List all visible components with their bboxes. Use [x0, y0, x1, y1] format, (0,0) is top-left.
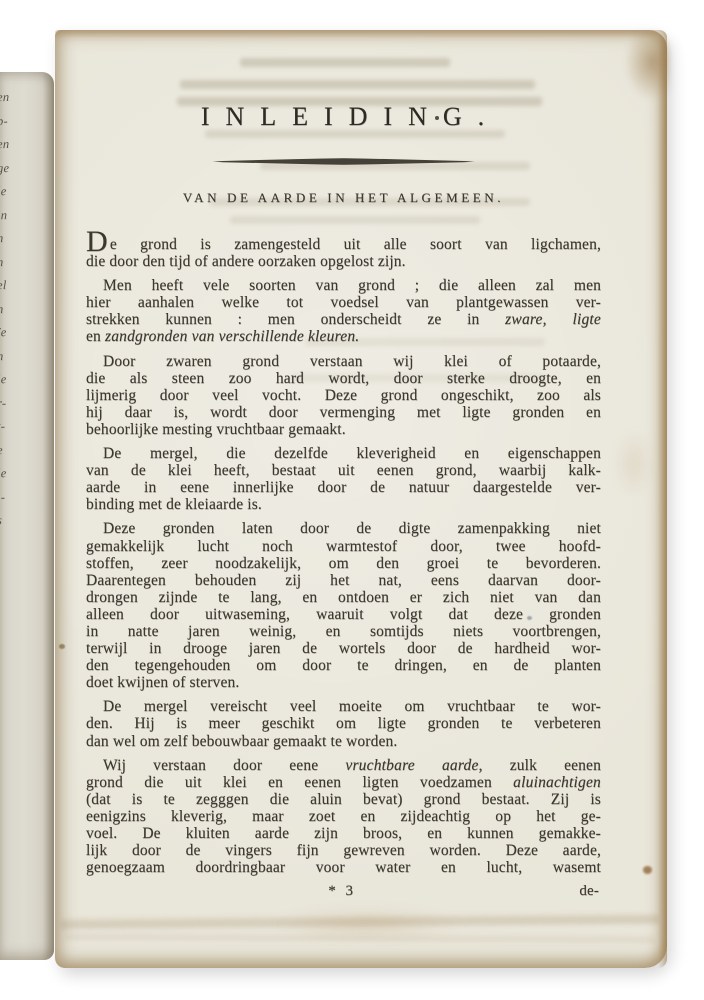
page-body: De grond is zamengesteld uit alle soort …	[86, 236, 601, 901]
text-line: Door zwaren grond verstaan wij klei of p…	[86, 353, 601, 370]
text-line: stoffen, zeer noodzakelijk, om den groei…	[86, 555, 601, 572]
text-run: behoorlijke mesting vruchtbaar gemaakt.	[86, 421, 346, 438]
text-line: den. Hij is meer geschikt om ligte grond…	[86, 715, 601, 732]
cutoff-word-fragment: n	[0, 344, 29, 368]
text-run: Men heeft vele soorten van grond ; die a…	[103, 277, 601, 294]
stain	[607, 416, 661, 512]
text-run: , zulk eenen	[479, 757, 601, 774]
text-run: genoegzaam doordringbaar voor water en l…	[86, 859, 601, 876]
paragraph: De grond is zamengesteld uit alle soort …	[86, 236, 601, 270]
text-run: die door den tijd of andere oorzaken opg…	[86, 253, 406, 270]
text-run: lijk door de vingers fijn gewreven worde…	[86, 842, 601, 859]
ink-dot	[435, 116, 439, 120]
text-line: in natte jaren weinig, en somtijds niets…	[86, 623, 601, 640]
text-run: in natte jaren weinig, en somtijds niets…	[86, 623, 601, 640]
text-line: De mergel vereischt veel moeite om vruch…	[86, 698, 601, 715]
italic-text: vruchtbare aarde	[345, 757, 478, 774]
foxing-spot	[59, 644, 65, 649]
text-line: De grond is zamengesteld uit alle soort …	[86, 236, 601, 253]
text-run: De mergel vereischt veel moeite om vruch…	[103, 698, 601, 715]
text-run: gemakkelijk lucht noch warmtestof door, …	[86, 538, 601, 555]
text-line: genoegzaam doordringbaar voor water en l…	[86, 859, 601, 876]
text-run: Wij verstaan door eene	[103, 757, 345, 774]
page-top-edge	[55, 30, 667, 38]
text-run: stoffen, zeer noodzakelijk, om den groei…	[86, 555, 601, 572]
text-run: e grond is zamengesteld uit alle soort v…	[110, 236, 601, 253]
previous-page-text-fragments: enp-engeleinnnelnïenler-t-elei-s,	[0, 86, 29, 556]
cutoff-word-fragment: le	[0, 462, 29, 486]
text-run: hier aanhalen welke tot voedsel van plan…	[86, 294, 601, 311]
text-line: behoorlijke mesting vruchtbaar gemaakt.	[86, 421, 601, 438]
catchword: de-	[579, 883, 599, 900]
text-line: strekken kunnen : men onderscheidt ze in…	[86, 311, 601, 328]
text-run: strekken kunnen : men onderscheidt ze in	[86, 311, 505, 328]
photo-background: enp-engeleinnnelnïenler-t-elei-s, INLEID…	[0, 0, 704, 1000]
text-run: Deze gronden laten door de digte zamenpa…	[103, 520, 601, 537]
cutoff-word-fragment: ,	[0, 532, 29, 556]
paragraph: Door zwaren grond verstaan wij klei of p…	[86, 353, 601, 438]
cutoff-word-fragment: in	[0, 203, 29, 227]
text-run: binding met de kleiaarde is.	[86, 496, 262, 513]
italic-text: zware, ligte	[505, 311, 601, 328]
text-line: Wij verstaan door eene vruchtbare aarde,…	[86, 757, 601, 774]
text-run: doet kwijnen of sterven.	[86, 674, 239, 691]
text-line: lijk door de vingers fijn gewreven worde…	[86, 842, 601, 859]
text-line: dan wel om zelf bebouwbaar gemaakt te wo…	[86, 733, 601, 750]
text-run: den. Hij is meer geschikt om ligte grond…	[86, 715, 601, 732]
paragraph: De mergel vereischt veel moeite om vruch…	[86, 698, 601, 749]
foxing-spot	[643, 866, 652, 874]
cutoff-word-fragment: le	[0, 180, 29, 204]
text-line: aarde in eene innerlijke door de natuur …	[86, 479, 601, 496]
text-line: die door den tijd of andere oorzaken opg…	[86, 253, 601, 270]
swelled-rule-ornament	[213, 158, 475, 165]
text-run: voel. De kluiten aarde zijn broos, en ku…	[86, 825, 601, 842]
text-line: en zandgronden van verschillende kleuren…	[86, 328, 601, 345]
text-run: Door zwaren grond verstaan wij klei of p…	[103, 353, 601, 370]
paragraph: Wij verstaan door eene vruchtbare aarde,…	[86, 757, 601, 877]
text-line: Daarentegen behouden zij het nat, eens d…	[86, 572, 601, 589]
text-run: eenigzins kleverig, maar zoet en zijdeac…	[86, 808, 601, 825]
cutoff-word-fragment: s	[0, 509, 29, 533]
cutoff-word-fragment: i-	[0, 485, 29, 509]
text-line: eenigzins kleverig, maar zoet en zijdeac…	[86, 808, 601, 825]
text-line: van de klei heeft, bestaat uit eenen gro…	[86, 462, 601, 479]
cutoff-word-fragment: t-	[0, 415, 29, 439]
text-run: hij daar is, wordt door vermenging met l…	[86, 404, 601, 421]
text-line: (dat is te zegggen die aluin bevat) gron…	[86, 791, 601, 808]
page-title: INLEIDING.	[86, 102, 601, 132]
text-run: terwijl in drooge jaren de wortels door …	[86, 640, 601, 657]
text-line: terwijl in drooge jaren de wortels door …	[86, 640, 601, 657]
text-run: drongen zijnde te lang, en ontdoen er zi…	[86, 589, 601, 606]
text-run: Daarentegen behouden zij het nat, eens d…	[86, 572, 601, 589]
italic-text: zandgronden van verschillende kleuren.	[105, 328, 359, 345]
text-line: drongen zijnde te lang, en ontdoen er zi…	[86, 589, 601, 606]
paragraph: Men heeft vele soorten van grond ; die a…	[86, 277, 601, 345]
corner-damage	[603, 32, 669, 132]
cutoff-word-fragment: n	[0, 250, 29, 274]
text-run: De mergel, die dezelfde kleverigheid en …	[103, 445, 601, 462]
show-through-ghost	[230, 216, 480, 224]
text-run: alleen door uitwaseming, waaruit volgt d…	[86, 606, 601, 623]
text-line: De mergel, die dezelfde kleverigheid en …	[86, 445, 601, 462]
text-line: lijmerig door veel vocht. Deze grond ong…	[86, 387, 601, 404]
paragraph: Deze gronden laten door de digte zamenpa…	[86, 520, 601, 691]
text-line: gemakkelijk lucht noch warmtestof door, …	[86, 538, 601, 555]
cutoff-word-fragment: ge	[0, 156, 29, 180]
text-run: den tegengehouden om door te dringen, en…	[86, 657, 601, 674]
text-run: (dat is te zegggen die aluin bevat) gron…	[86, 791, 601, 808]
section-heading: VAN DE AARDE IN HET ALGEMEEN.	[86, 190, 601, 206]
page-footer: * 3de-	[86, 883, 601, 901]
text-line: hij daar is, wordt door vermenging met l…	[86, 404, 601, 421]
cutoff-word-fragment: en	[0, 133, 29, 157]
text-line: Men heeft vele soorten van grond ; die a…	[86, 277, 601, 294]
text-line: die als steen zoo hard wordt, door sterk…	[86, 370, 601, 387]
cutoff-word-fragment: le	[0, 368, 29, 392]
text-line: grond die uit klei en eenen ligten voedz…	[86, 774, 601, 791]
text-line: hier aanhalen welke tot voedsel van plan…	[86, 294, 601, 311]
cutoff-word-fragment: n	[0, 227, 29, 251]
text-run: grond die uit klei en eenen ligten voedz…	[86, 774, 513, 791]
cutoff-word-fragment: el	[0, 274, 29, 298]
paragraph: De mergel, die dezelfde kleverigheid en …	[86, 445, 601, 513]
cutoff-word-fragment: p-	[0, 109, 29, 133]
text-line: den tegengehouden om door te dringen, en…	[86, 657, 601, 674]
ornament-row	[86, 158, 601, 165]
signature-mark: * 3	[328, 883, 356, 900]
cutoff-word-fragment: ïe	[0, 321, 29, 345]
text-run: dan wel om zelf bebouwbaar gemaakt te wo…	[86, 733, 397, 750]
cutoff-word-fragment: e	[0, 438, 29, 462]
text-line: alleen door uitwaseming, waaruit volgt d…	[86, 606, 601, 623]
text-line: doet kwijnen of sterven.	[86, 674, 601, 691]
book-page: INLEIDING. VAN DE AARDE IN HET ALGEMEEN.…	[55, 30, 667, 968]
cutoff-word-fragment: n	[0, 297, 29, 321]
text-run: die als steen zoo hard wordt, door sterk…	[86, 370, 601, 387]
italic-text: aluinachtigen	[513, 774, 601, 791]
text-run: aarde in eene innerlijke door de natuur …	[86, 479, 601, 496]
text-line: voel. De kluiten aarde zijn broos, en ku…	[86, 825, 601, 842]
stain	[235, 902, 495, 946]
previous-page-edge: enp-engeleinnnelnïenler-t-elei-s,	[0, 72, 54, 960]
text-line: Deze gronden laten door de digte zamenpa…	[86, 520, 601, 537]
text-run: van de klei heeft, bestaat uit eenen gro…	[86, 462, 601, 479]
text-run: lijmerig door veel vocht. Deze grond ong…	[86, 387, 601, 404]
text-line: binding met de kleiaarde is.	[86, 496, 601, 513]
text-run: en	[86, 328, 105, 345]
show-through-ghost	[180, 80, 535, 89]
cutoff-word-fragment: en	[0, 86, 29, 110]
show-through-ghost	[240, 58, 450, 67]
cutoff-word-fragment: r-	[0, 391, 29, 415]
